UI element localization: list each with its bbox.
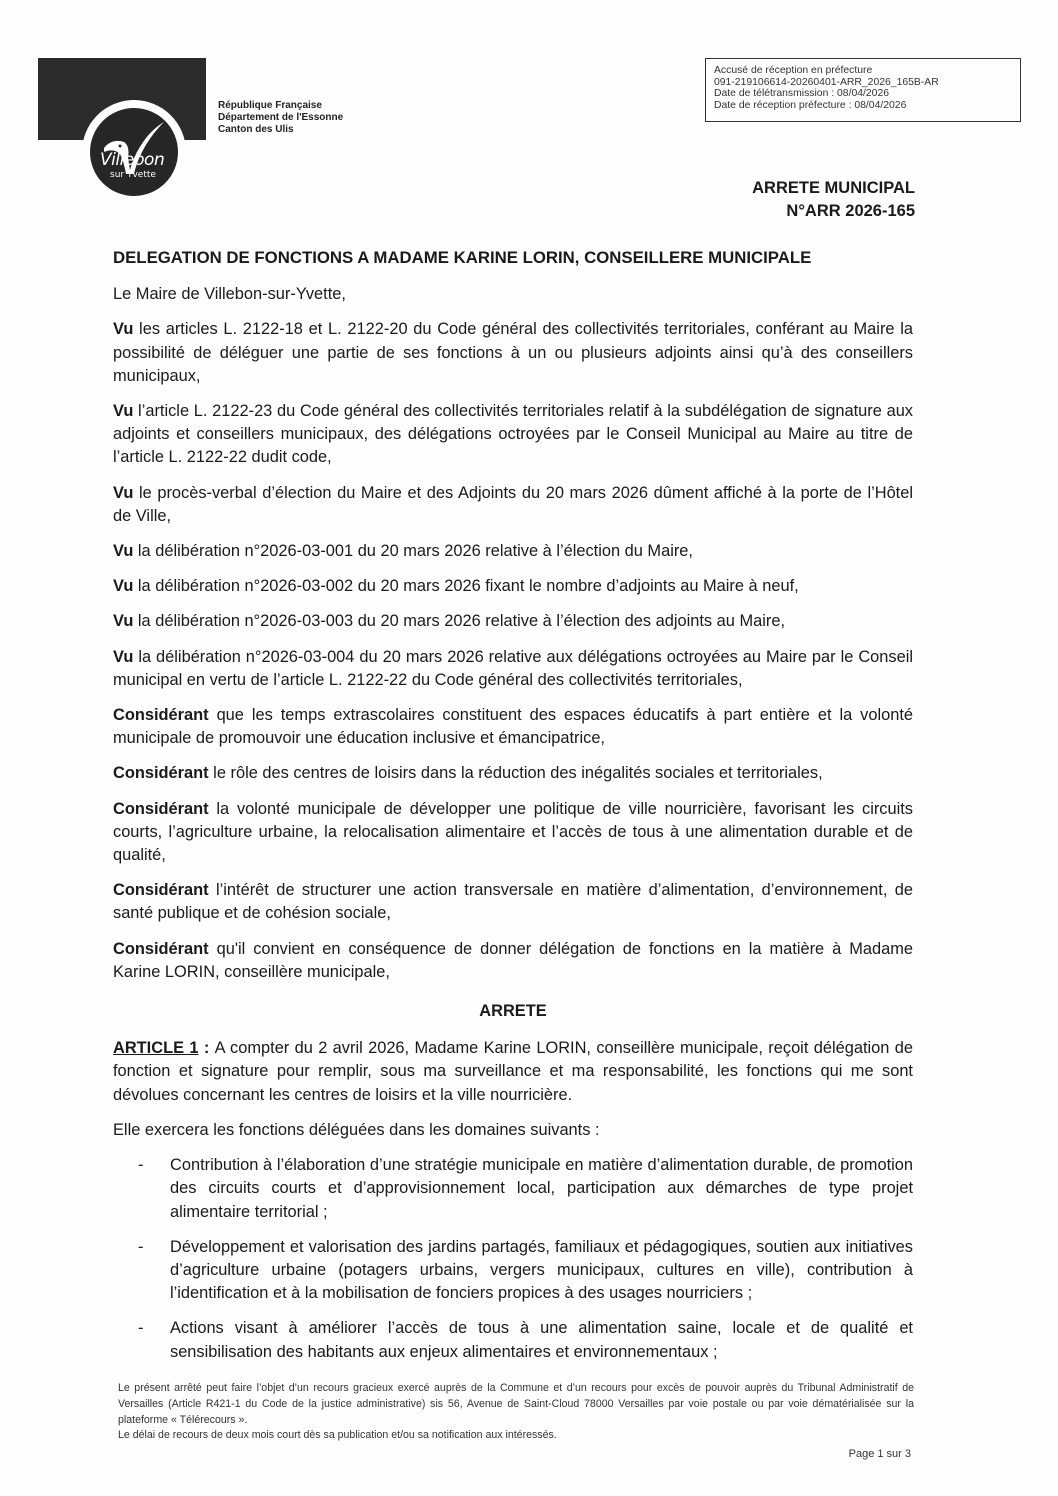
visa-paragraph: Vu la délibération n°2026-03-002 du 20 m… — [113, 575, 913, 598]
dash-bullet-icon: - — [138, 1236, 143, 1259]
arrete-type: ARRETE MUNICIPAL — [752, 177, 915, 200]
visa-paragraph: Vu l’article L. 2122-23 du Code général … — [113, 400, 913, 470]
visa-paragraph: Vu la délibération n°2026-03-003 du 20 m… — [113, 610, 913, 633]
article-1: ARTICLE 1 : A compter du 2 avril 2026, M… — [113, 1037, 913, 1107]
dash-bullet-icon: - — [138, 1317, 143, 1340]
receipt-title: Accusé de réception en préfecture — [714, 65, 1020, 77]
arrete-header: ARRETE MUNICIPAL N°ARR 2026-165 — [752, 177, 915, 223]
logo-text-sur-yvette: sur Yvette — [110, 170, 156, 180]
dash-bullet-icon: - — [138, 1154, 143, 1177]
delai-notice: Le délai de recours de deux mois court d… — [118, 1428, 914, 1444]
list-item: -Contribution à l’élaboration d’une stra… — [113, 1154, 913, 1224]
article-1-label: ARTICLE 1 — [113, 1039, 199, 1057]
intro: Le Maire de Villebon-sur-Yvette, — [113, 283, 913, 306]
considerant-paragraph: Considérant qu'il convient en conséquenc… — [113, 938, 913, 984]
visa-paragraph: Vu le procès-verbal d’élection du Maire … — [113, 482, 913, 528]
receipt-id: 091-219106614-20260401-ARR_2026_165B-AR — [714, 77, 1020, 89]
prefecture-receipt-box: Accusé de réception en préfecture 091-21… — [705, 58, 1021, 122]
considerant-paragraph: Considérant le rôle des centres de loisi… — [113, 762, 913, 785]
recours-notice: Le présent arrêté peut faire l’objet d’u… — [118, 1381, 914, 1428]
list-item: -Actions visant à améliorer l’accès de t… — [113, 1317, 913, 1363]
department-line: Département de l'Essonne — [218, 112, 343, 124]
legal-footer: Le présent arrêté peut faire l’objet d’u… — [118, 1381, 914, 1444]
visa-paragraph: Vu les articles L. 2122-18 et L. 2122-20… — [113, 318, 913, 388]
list-item: -Développement et valorisation des jardi… — [113, 1236, 913, 1306]
transmission-date: Date de télétransmission : 08/04/2026 — [714, 88, 1020, 100]
document-page: Villebon sur Yvette République Française… — [0, 0, 1058, 1496]
document-body: DELEGATION DE FONCTIONS A MADAME KARINE … — [113, 246, 913, 1376]
page-number: Page 1 sur 3 — [849, 1448, 911, 1460]
considerant-paragraph: Considérant l’intérêt de structurer une … — [113, 879, 913, 925]
arrete-heading: ARRETE — [113, 1000, 913, 1023]
canton-line: Canton des Ulis — [218, 124, 343, 136]
republic-header: République Française Département de l'Es… — [218, 100, 343, 136]
visa-paragraph: Vu la délibération n°2026-03-001 du 20 m… — [113, 540, 913, 563]
reception-date: Date de réception préfecture : 08/04/202… — [714, 100, 1020, 112]
considerant-paragraph: Considérant la volonté municipale de dév… — [113, 798, 913, 868]
logo-text-villebon: Villebon — [100, 150, 164, 170]
arrete-number: N°ARR 2026-165 — [752, 200, 915, 223]
considerant-paragraph: Considérant que les temps extrascolaires… — [113, 704, 913, 750]
republic-line: République Française — [218, 100, 343, 112]
visa-paragraph: Vu la délibération n°2026-03-004 du 20 m… — [113, 646, 913, 692]
domains-intro: Elle exercera les fonctions déléguées da… — [113, 1119, 913, 1142]
domains-list: -Contribution à l’élaboration d’une stra… — [113, 1154, 913, 1364]
document-title: DELEGATION DE FONCTIONS A MADAME KARINE … — [113, 246, 913, 269]
